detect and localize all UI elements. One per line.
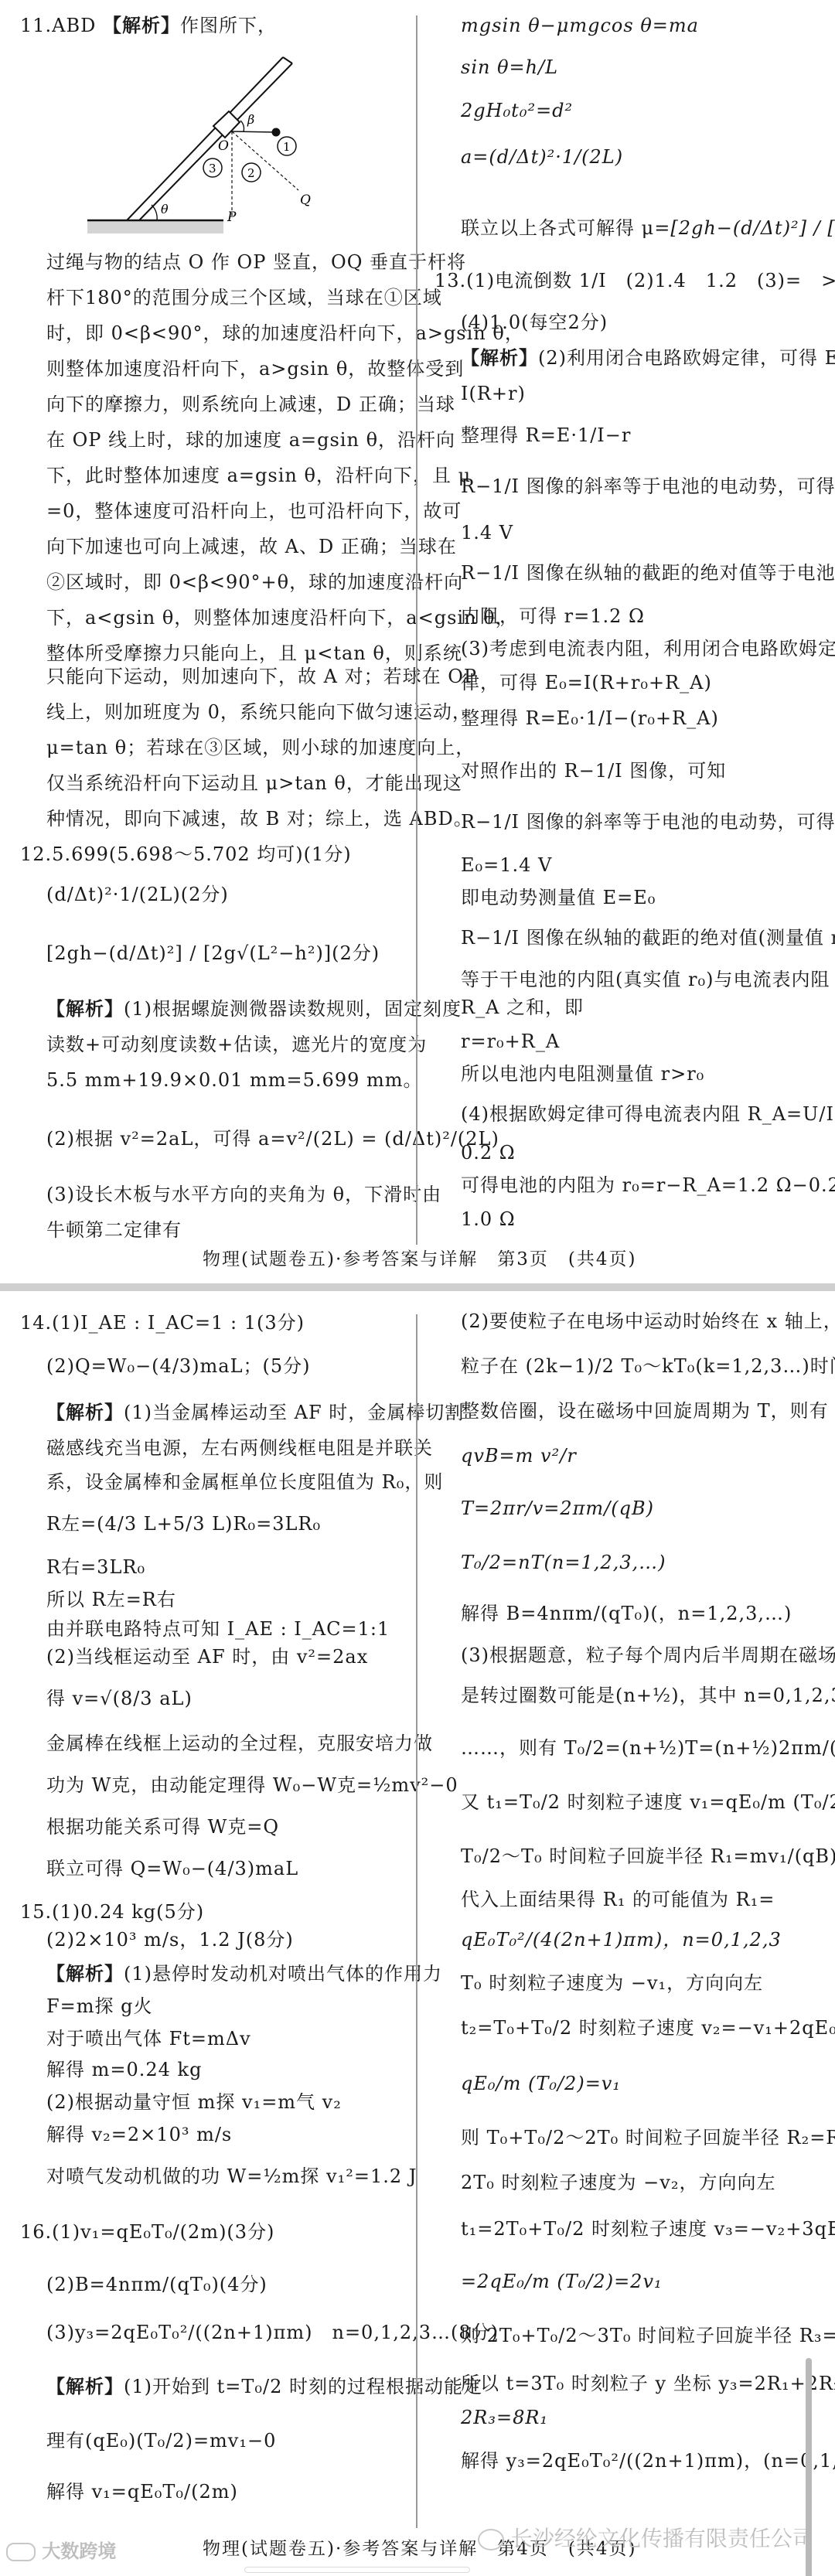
q11-line: 下，a<gsin θ，则整体加速度沿杆向下，a<gsin θ， <box>46 605 515 631</box>
q15-number: 15. <box>20 1901 52 1923</box>
q14-line: 所以 R左=R右 <box>46 1586 176 1613</box>
q11-line: 只能向下运动，则加速向下，故 A 对；若球在 OP <box>46 663 477 690</box>
q16-line: 理有(qE₀)(T₀/2)=mv₁−0 <box>46 2428 276 2454</box>
q16-right-line: 解得 B=4nπm/(qT₀)(，n=1,2,3,…) <box>461 1600 792 1627</box>
q12-ans2-expr: (d/Δt)²·1/(2L) <box>46 884 181 905</box>
answer-page-4: 14.(1)I_AE : I_AC=1 : 1(3分) (2)Q=W₀−(4/3… <box>0 1291 835 2576</box>
watermark-logo-icon <box>6 2543 36 2561</box>
q15-answer-2: (2)2×10³ m/s，1.2 J(8分) <box>46 1927 294 1953</box>
q11-line: 杆下180°的范围分成三个区域，当球在①区域 <box>46 285 442 311</box>
q12-line-3a: (3)设长木板与水平方向的夹角为 θ，下滑时由 <box>46 1181 441 1208</box>
q15-line: 对喷气发动机做的功 W=½m探 v₁²=1.2 J <box>46 2163 417 2189</box>
q15-analysis-line: 【解析】(1)悬停时发动机对喷出气体的作用力 <box>46 1961 442 1987</box>
q13-line-text: (2)利用闭合电路欧姆定律，可得 E= <box>538 347 835 369</box>
q13-analysis-line: 【解析】(2)利用闭合电路欧姆定律，可得 E= <box>461 345 835 371</box>
q15-line: 解得 v₂=2×10³ m/s <box>46 2121 232 2148</box>
q11-line: ②区域时，即 0<β<90°+θ，球的加速度沿杆向 <box>46 569 463 595</box>
q12-conclusion: 联立以上各式可解得 μ=[2gh−(d/Δt)²] / [2g√(L²−h²)] <box>461 215 835 241</box>
q16-ans1: (1)v₁=qE₀T₀/(2m)(3分) <box>52 2221 274 2243</box>
q13-line: R−1/I 图像的斜率等于电池的电动势，可得 <box>461 809 835 835</box>
page3-footer: 物理(试题卷五)·参考答案与详解 第3页 (共4页) <box>203 1245 636 1270</box>
q12-eq: sin θ=h/L <box>461 54 558 80</box>
watermark-left: 大数跨境 <box>6 2536 116 2563</box>
q14-number: 14. <box>20 1312 52 1334</box>
q15-line: 解得 m=0.24 kg <box>46 2056 202 2083</box>
svg-text:P: P <box>227 210 237 225</box>
q12-line-2: (2)根据 v²=2aL，可得 a=v²/(2L) = (d/Δt)²/(2L) <box>46 1126 499 1152</box>
q12-ans3-score: (2分) <box>332 942 380 964</box>
q11-line: 向下的摩擦力，则系统向上减速，D 正确；当球 <box>46 391 455 417</box>
q15-line-text: (1)悬停时发动机对喷出气体的作用力 <box>124 1963 442 1985</box>
q12-eq: a=(d/Δt)²·1/(2L) <box>461 144 623 170</box>
q12-answer-1: 12.5.699(5.698～5.702 均可)(1分) <box>20 841 352 867</box>
q13-analysis-tag: 【解析】 <box>461 346 538 369</box>
q16-right-line: qE₀/m (T₀/2)=v₁ <box>461 2070 621 2097</box>
q16-right-line: 所以 t=3T₀ 时刻粒子 y 坐标 y₃=2R₁+2R₂+ <box>461 2370 835 2397</box>
q16-right-line: T=2πr/v=2πm/(qB) <box>461 1495 654 1521</box>
q14-line: 功为 W克，由动能定理得 W₀−W克=½mv²−0 <box>46 1772 458 1798</box>
q16-analysis-tag: 【解析】 <box>46 2375 124 2397</box>
watermark-left-text: 大数跨境 <box>42 2540 116 2562</box>
q16-right-line: (2)要使粒子在电场中运动时始终在 x 轴上，则 <box>461 1308 835 1334</box>
q16-answer-1: 16.(1)v₁=qE₀T₀/(2m)(3分) <box>20 2219 274 2245</box>
q13-answer-2: (4)1.0(每空2分) <box>461 309 608 336</box>
q14-line: 系，设金属棒和金属框单位长度阻值为 R₀，则 <box>46 1469 443 1495</box>
q12-line-3b: 牛顿第二定律有 <box>46 1217 182 1243</box>
q13-line: (3)考虑到电流表内阻，利用闭合电路欧姆定 <box>461 635 835 662</box>
q14-line: 金属棒在线框上运动的全过程，克服安培力做 <box>46 1730 433 1757</box>
q11-line: 向下加速也可向上减速，故 A、D 正确；当球在 <box>46 533 457 560</box>
q11-line: 则整体加速度沿杆向下，a>gsin θ，故整体受到 <box>46 356 464 382</box>
q12-eq: 2gH₀t₀²=d² <box>461 97 573 124</box>
svg-text:O: O <box>218 138 229 154</box>
q16-right-line: =2qE₀/m (T₀/2)=2v₁ <box>461 2268 663 2295</box>
q13-line: r=r₀+R_A <box>461 1028 560 1055</box>
q16-right-line: 粒子在 (2k−1)/2 T₀～kT₀(k=1,2,3…)时间内转过 <box>461 1353 835 1379</box>
q11-number: 11. <box>20 15 52 36</box>
q16-right-line: 则 2T₀+T₀/2～3T₀ 时间粒子回旋半径 R₃=2R₁ <box>461 2322 835 2349</box>
q16-right-line: 2T₀ 时刻粒子速度为 −v₂，方向向左 <box>461 2169 775 2196</box>
q16-right-line: 代入上面结果得 R₁ 的可能值为 R₁= <box>461 1886 775 1913</box>
q12-ans1-text: 5.699(5.698～5.702 均可)(1分) <box>52 843 351 865</box>
page-separator <box>0 1283 835 1291</box>
q13-line: 整理得 R=E₀·1/I−(r₀+R_A) <box>461 705 719 731</box>
q16-right-line: T₀/2=nT(n=1,2,3,…) <box>461 1549 666 1576</box>
q12-line-text: (1)根据螺旋测微器读数规则，固定刻度 <box>124 998 462 1020</box>
svg-text:2: 2 <box>247 166 255 180</box>
q15-analysis-tag: 【解析】 <box>46 1962 124 1985</box>
q12-ans2-score: (2分) <box>181 884 229 905</box>
q13-line: R_A 之和，即 <box>461 994 584 1021</box>
q15-ans1: (1)0.24 kg(5分) <box>52 1901 204 1923</box>
watermark-right: 长沙经纶文化传播有限责任公司 <box>478 2522 814 2553</box>
q13-line: 等于干电池的内阻(真实值 r₀)与电流表内阻 <box>461 966 830 993</box>
q13-number: 13. <box>435 270 466 291</box>
q11-line: 种情况，即向下减速，故 B 对；综上，选 ABD。 <box>46 806 473 832</box>
q16-line: 解得 v₁=qE₀T₀/(2m) <box>46 2479 238 2505</box>
q14-line: 根据功能关系可得 W克=Q <box>46 1814 279 1840</box>
column-divider <box>416 15 417 1245</box>
q13-line: 1.4 V <box>461 520 513 546</box>
q16-right-line: (3)根据题意，粒子每个周内后半周期在磁场中 <box>461 1642 835 1668</box>
q12-conclusion-prefix: 联立以上各式可解得 μ= <box>461 217 670 239</box>
q13-line: 1.0 Ω <box>461 1206 516 1232</box>
svg-text:β: β <box>247 112 254 127</box>
q15-line: 对于喷出气体 Ft=mΔv <box>46 2026 251 2052</box>
q13-ans-line1: (1)电流倒数 1/I (2)1.4 1.2 (3)= > <box>466 270 835 291</box>
q16-right-line: qE₀T₀²/(4(2n+1)πm)，n=0,1,2,3 <box>461 1927 782 1953</box>
q14-line: 由并联电路特点可知 I_AE : I_AC=1:1 <box>46 1616 390 1642</box>
q16-right-line: 又 t₁=T₀/2 时刻粒子速度 v₁=qE₀/m (T₀/2) <box>461 1789 835 1815</box>
q13-line: 内阻，可得 r=1.2 Ω <box>461 603 645 629</box>
q13-answer-1: 13.(1)电流倒数 1/I (2)1.4 1.2 (3)= > <box>435 267 835 294</box>
q13-line: (4)根据欧姆定律可得电流表内阻 R_A=U/I= <box>461 1101 835 1127</box>
q16-right-line: t₁=2T₀+T₀/2 时刻粒子速度 v₃=−v₂+3qE₀/m (T₀/2) <box>461 2216 835 2242</box>
q16-right-line: 则 T₀+T₀/2～2T₀ 时间粒子回旋半径 R₂=R₁ <box>461 2125 835 2151</box>
q11-line: 过绳与物的结点 O 作 OP 竖直，OQ 垂直于杆将 <box>46 249 466 275</box>
q16-right-line: t₂=T₀+T₀/2 时刻粒子速度 v₂=−v₁+2qE₀/m (T₀/2)= <box>461 2015 835 2041</box>
svg-text:3: 3 <box>209 162 216 175</box>
q16-answer-2: (2)B=4nπm/(qT₀)(4分) <box>46 2271 268 2298</box>
q15-line: (2)根据动量守恒 m探 v₁=m气 v₂ <box>46 2089 342 2115</box>
q14-line: 联立可得 Q=W₀−(4/3)maL <box>46 1855 298 1882</box>
svg-text:Q: Q <box>300 193 311 208</box>
q12-ans3-expr: [2gh−(d/Δt)²] / [2g√(L²−h²)] <box>46 942 332 964</box>
q15-answer-1: 15.(1)0.24 kg(5分) <box>20 1899 204 1925</box>
q12-line: 5.5 mm+19.9×0.01 mm=5.699 mm。 <box>46 1067 423 1093</box>
slider-block <box>213 111 240 138</box>
q16-answer-3: (3)y₃=2qE₀T₀²/((2n+1)πm) n=0,1,2,3…(8分) <box>46 2319 499 2346</box>
q12-line2-prefix: (2)根据 v²=2aL，可得 a= <box>46 1128 286 1150</box>
q15-line: F=m探 g火 <box>46 1993 153 2019</box>
q12-answer-3: [2gh−(d/Δt)²] / [2g√(L²−h²)](2分) <box>46 940 380 966</box>
q13-line: 0.2 Ω <box>461 1140 516 1166</box>
q11-header: 11.ABD 【解析】作图所下， <box>20 12 277 39</box>
q13-line: 律，可得 E₀=I(R+r₀+R_A) <box>461 670 712 696</box>
q14-line: R左=(4/3 L+5/3 L)R₀=3LR₀ <box>46 1511 321 1537</box>
q11-line: 整体所受摩擦力只能向上，且 μ<tan θ，则系统 <box>46 640 462 666</box>
q14-answer-1: 14.(1)I_AE : I_AC=1 : 1(3分) <box>20 1310 305 1336</box>
q14-line: R右=3LR₀ <box>46 1554 145 1580</box>
q16-right-line: T₀/2～T₀ 时间粒子回旋半径 R₁=mv₁/(qB) <box>461 1843 835 1869</box>
q13-line: 所以电池内电阻测量值 r>r₀ <box>461 1061 704 1087</box>
q11-line: μ=tan θ；若球在③区域，则小球的加速度向上， <box>46 734 475 761</box>
column-divider <box>416 1314 417 2528</box>
q11-line: 时，即 0<β<90°，球的加速度沿杆向下，a>gsin θ， <box>46 320 524 346</box>
q13-line: R−1/I 图像在纵轴的截距的绝对值(测量值 r) <box>461 925 835 951</box>
q14-line: 得 v=√(8/3 aL) <box>46 1685 193 1712</box>
ground-hatch <box>87 220 223 233</box>
q11-line: =0，整体速度可沿杆向上，也可沿杆向下，故可 <box>46 498 462 524</box>
q16-number: 16. <box>20 2221 52 2243</box>
q13-line: I(R+r) <box>461 380 526 407</box>
svg-text:θ: θ <box>161 202 169 216</box>
q13-line: R−1/I 图像在纵轴的截距的绝对值等于电池的 <box>461 560 835 586</box>
q11-intro: 作图所下， <box>180 15 277 36</box>
q11-line: 在 OP 线上时，球的加速度 a=gsin θ，沿杆向 <box>46 427 455 453</box>
q16-right-line: 整数倍圈，设在磁场中回旋周期为 T，则有 <box>461 1398 829 1424</box>
q13-line: R−1/I 图像的斜率等于电池的电动势，可得 E≈ <box>461 473 835 499</box>
q14-line: (2)当线框运动至 AF 时，由 v²=2ax <box>46 1644 368 1670</box>
q11-analysis-tag: 【解析】 <box>103 14 180 36</box>
svg-text:1: 1 <box>283 140 291 154</box>
q12-number: 12. <box>20 843 52 865</box>
q13-line: 整理得 R=E·1/I−r <box>461 422 631 448</box>
q12-answer-2: (d/Δt)²·1/(2L)(2分) <box>46 881 229 908</box>
watermark-right-text: 长沙经纶文化传播有限责任公司 <box>511 2526 814 2551</box>
q16-line-text: (1)开始到 t=T₀/2 时刻的过程根据动能定 <box>124 2376 482 2397</box>
q14-line-text: (1)当金属棒运动至 AF 时，金属棒切割 <box>124 1402 464 1423</box>
q13-line: 即电动势测量值 E=E₀ <box>461 884 656 911</box>
q13-line: 对照作出的 R−1/I 图像，可知 <box>461 758 726 784</box>
q14-line: 磁感线充当电源，左右两侧线框电阻是并联关 <box>46 1435 433 1461</box>
q11-answer: ABD <box>52 15 96 36</box>
q16-right-line: 解得 y₃=2qE₀T₀²/((2n+1)πm)，(n=0,1,2,3…) <box>461 2448 835 2474</box>
q11-line: 下，此时整体加速度 a=gsin θ，沿杆向下，且 μ <box>46 462 471 489</box>
q11-line: 线上，则加班度为 0，系统只能向下做匀速运动， <box>46 699 472 725</box>
answer-page-3: 11.ABD 【解析】作图所下， β O P Q <box>0 0 835 1283</box>
q12-analysis-tag: 【解析】 <box>46 997 124 1020</box>
q14-answer-2: (2)Q=W₀−(4/3)maL；(5分) <box>46 1353 311 1379</box>
q16-right-line: T₀ 时刻粒子速度为 −v₁，方向向左 <box>461 1970 763 1996</box>
q12-analysis-line: 【解析】(1)根据螺旋测微器读数规则，固定刻度 <box>46 996 462 1022</box>
q12-line: 读数+可动刻度读数+估读，遮光片的宽度为 <box>46 1031 427 1058</box>
q16-right-line: 是转过圈数可能是(n+½)，其中 n=0,1,2,3 <box>461 1682 835 1709</box>
q14-analysis-tag: 【解析】 <box>46 1401 124 1423</box>
vertical-scrollbar-thumb[interactable] <box>806 2358 812 2576</box>
q14-ans1: (1)I_AE : I_AC=1 : 1(3分) <box>52 1312 305 1334</box>
q11-line: 仅当系统沿杆向下运动且 μ>tan θ，才能出现这 <box>46 770 462 796</box>
ball <box>272 128 281 137</box>
q12-conclusion-expr: [2gh−(d/Δt)²] / [2g√(L²−h²)] <box>670 217 835 239</box>
q16-right-line: qvB=m v²/r <box>461 1443 577 1469</box>
q12-eq: mgsin θ−μmgcos θ=ma <box>461 12 699 39</box>
horizontal-scrollbar[interactable] <box>244 2567 470 2573</box>
q13-line: E₀=1.4 V <box>461 852 552 878</box>
q13-line: 可得电池的内阻为 r₀=r−R_A=1.2 Ω−0.2 Ω= <box>461 1172 835 1198</box>
wechat-icon <box>478 2529 504 2550</box>
q14-analysis-line: 【解析】(1)当金属棒运动至 AF 时，金属棒切割 <box>46 1399 464 1426</box>
q16-right-line: 2R₃=8R₁ <box>461 2404 548 2431</box>
q16-right-line: ……，则有 T₀/2=(n+½)T=(n+½)2πm/(qB) <box>461 1735 835 1761</box>
q11-incline-rod-diagram: β O P Q θ 1 2 3 <box>85 54 332 240</box>
